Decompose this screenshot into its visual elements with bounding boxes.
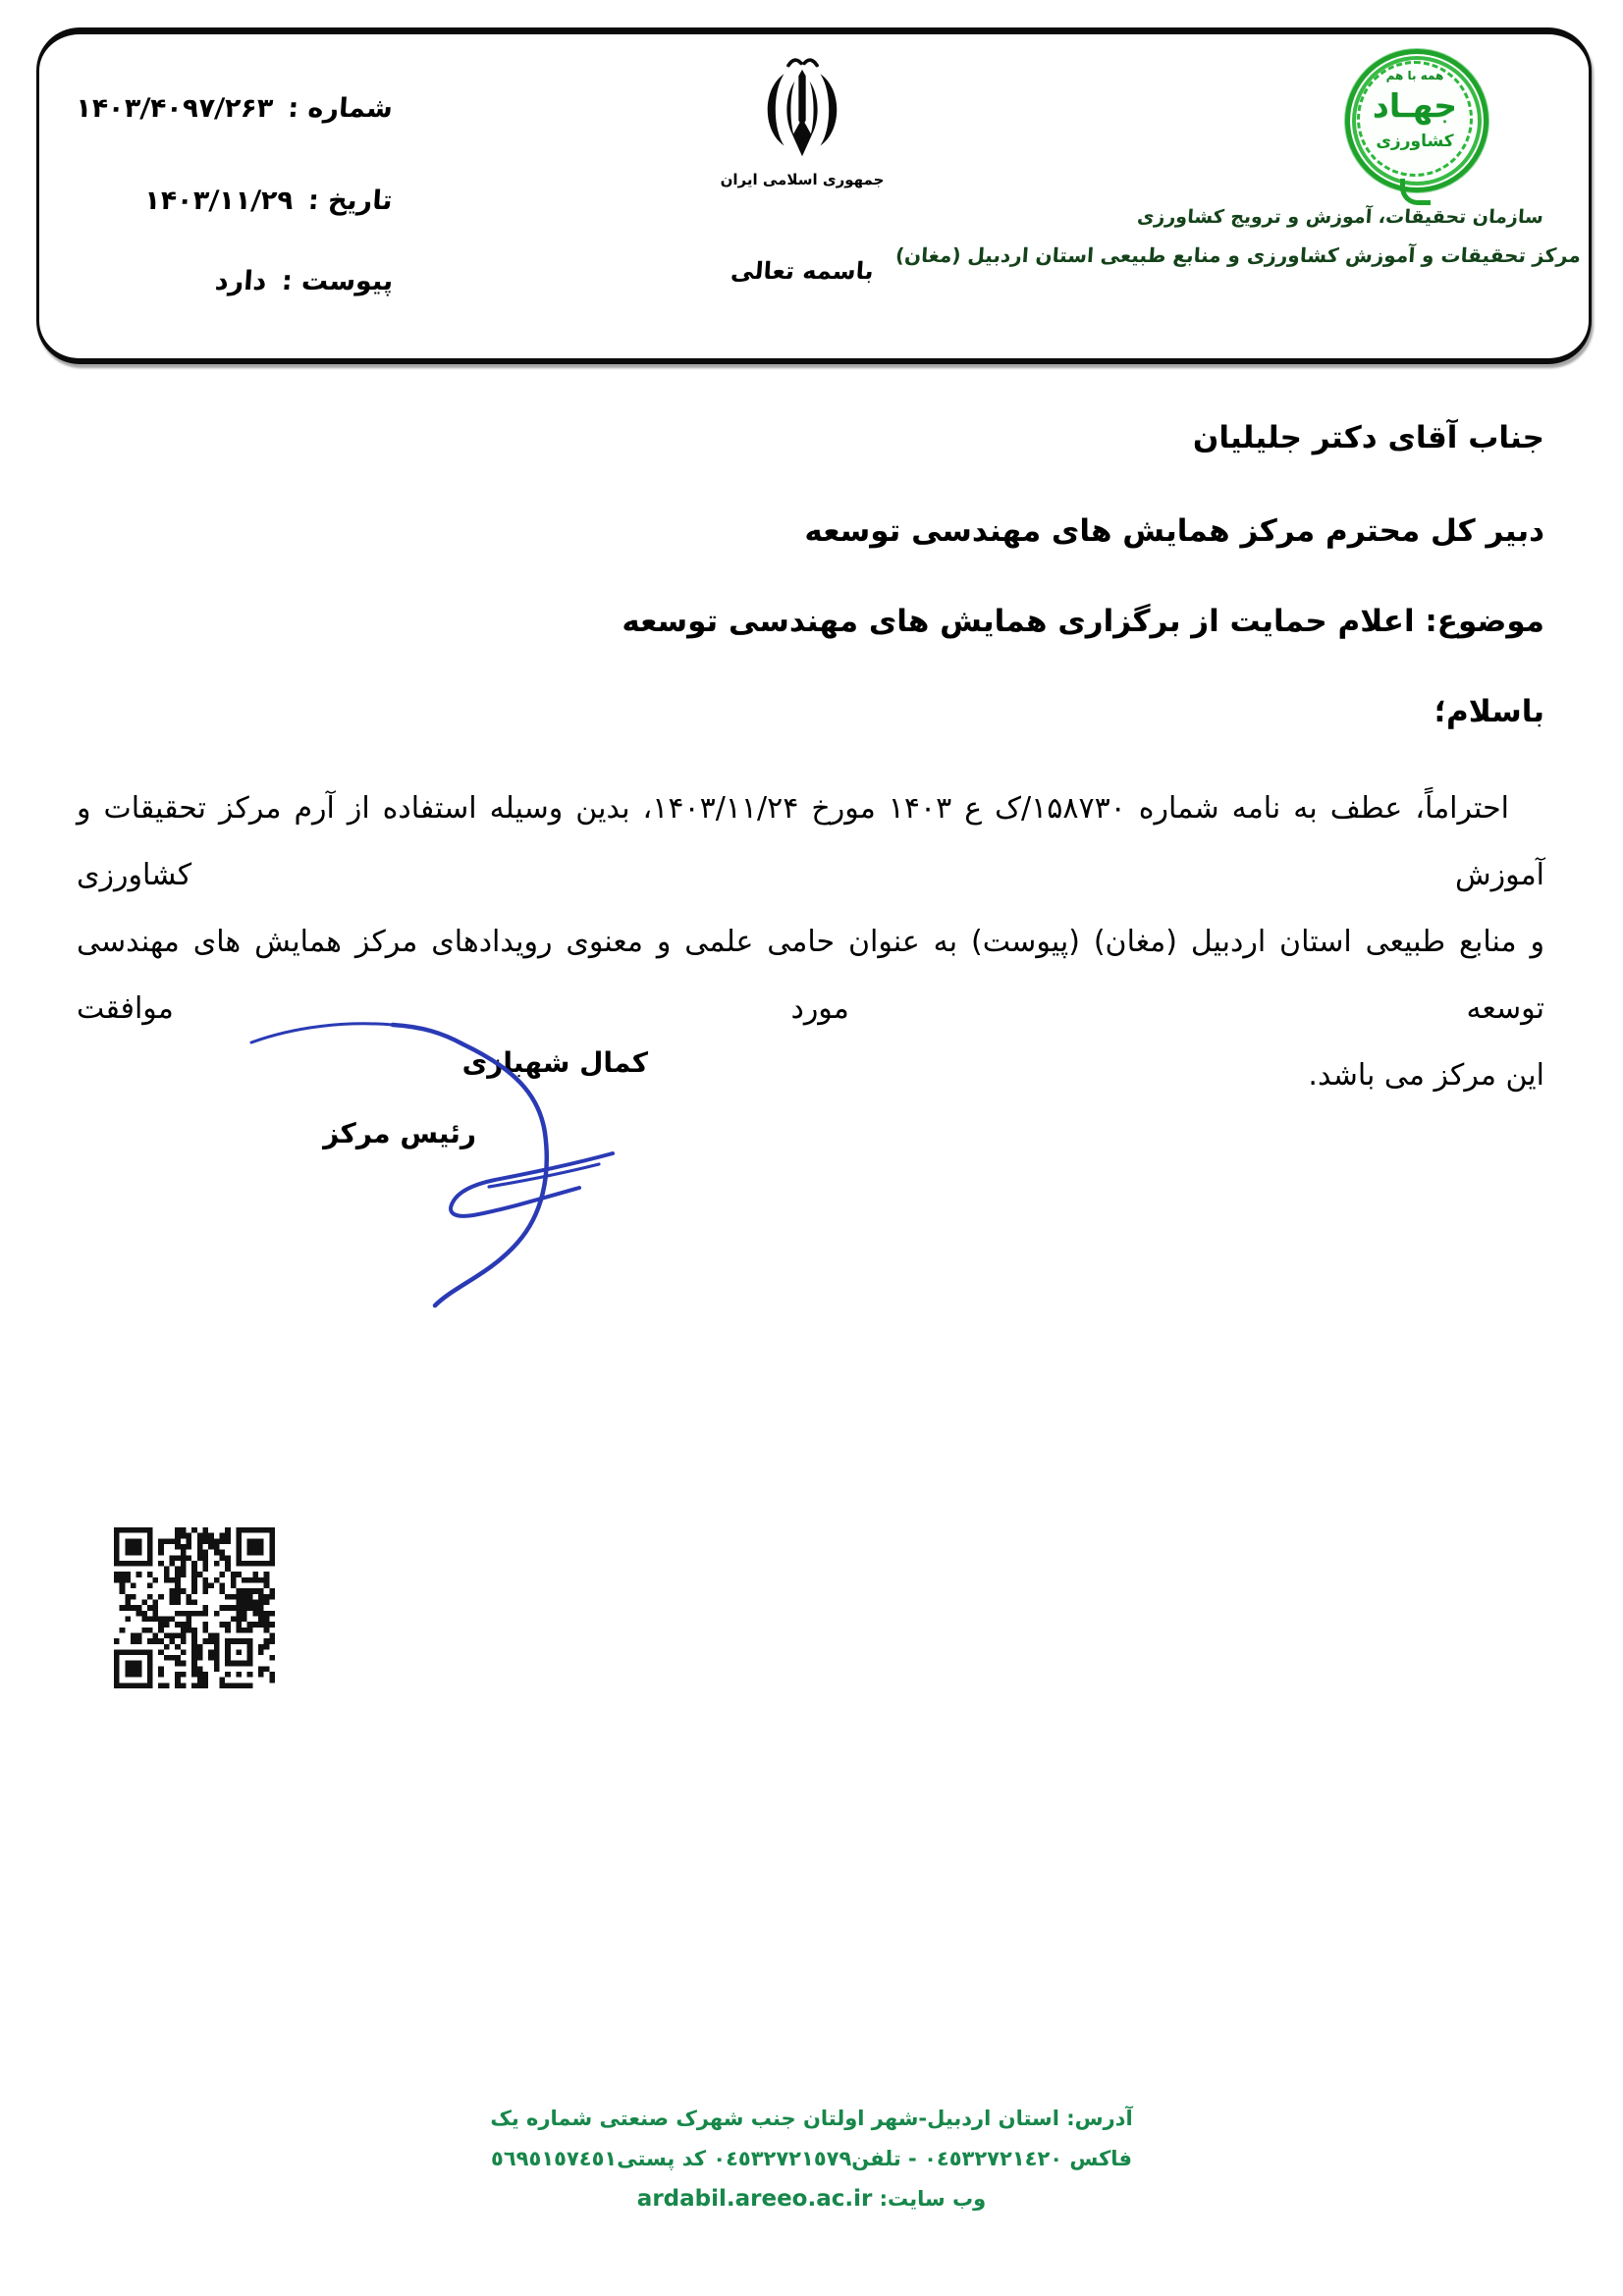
signer-title: رئیس مرکز — [323, 1117, 476, 1149]
footer-website-url: ardabil.areeo.ac.ir — [637, 2186, 873, 2212]
letter-date-line: تاریخ : ۱۴۰۳/۱۱/۲۹ — [143, 186, 394, 216]
paragraph-line-1: احتراماً، عطف به نامه شماره ۱۵۸۷۳۰/ک ع ۱… — [77, 775, 1544, 909]
letter-date-value: ۱۴۰۳/۱۱/۲۹ — [143, 186, 295, 216]
paragraph-line-2: و منابع طبیعی استان اردبیل (مغان) (پیوست… — [77, 909, 1544, 1042]
footer-block: آدرس: استان اردبیل-شهر اولتان جنب شهرک ص… — [0, 2099, 1623, 2219]
footer-website-line: وب سایت: ardabil.areeo.ac.ir — [0, 2179, 1623, 2219]
letter-attachment-line: پیوست : دارد — [214, 266, 395, 296]
footer-address: آدرس: استان اردبیل-شهر اولتان جنب شهرک ص… — [0, 2099, 1623, 2139]
organization-line1: سازمان تحقیقات، آموزش و ترویج کشاورزی — [1099, 206, 1582, 228]
signer-name: کمال شهبازی — [462, 1046, 648, 1079]
iran-emblem-block: جمهوری اسلامی ایران — [719, 57, 886, 188]
letter-attachment-label: پیوست : — [280, 266, 394, 296]
recipient-name: جناب آقای دکتر جلیلیان — [1193, 420, 1544, 455]
iran-emblem-icon — [749, 57, 855, 167]
letter-date-label: تاریخ : — [307, 186, 394, 216]
salutation: باسلام؛ — [1434, 694, 1544, 729]
organization-line2: مرکز تحقیقات و آموزش کشاورزی و منابع طبی… — [1099, 243, 1582, 267]
letter-number-line: شماره : ۱۴۰۳/۴۰۹۷/۲۶۳ — [75, 93, 394, 124]
letter-attachment-value: دارد — [214, 266, 268, 296]
jahad-keshavarzi-logo: همه با هم جهـاد کشاورزی — [1343, 47, 1490, 202]
subject-line: موضوع: اعلام حمایت از برگزاری همایش های … — [622, 604, 1544, 639]
letter-number-value: ۱۴۰۳/۴۰۹۷/۲۶۳ — [75, 93, 274, 124]
letter-body-paragraph: احتراماً، عطف به نامه شماره ۱۵۸۷۳۰/ک ع ۱… — [77, 775, 1544, 1109]
organization-names: سازمان تحقیقات، آموزش و ترویج کشاورزی مر… — [1100, 206, 1581, 267]
letter-number-label: شماره : — [287, 93, 394, 124]
logo-main-text: جهـاد — [1343, 86, 1487, 125]
qr-code — [114, 1527, 275, 1688]
footer-website-label: وب سایت: — [880, 2187, 987, 2211]
logo-sickle-shape — [1400, 179, 1431, 205]
paragraph-line-3: این مرکز می باشد. — [77, 1042, 1544, 1109]
logo-sub-text: کشاورزی — [1343, 132, 1487, 151]
footer-contact: فاکس ٠٤٥٣٢٧٢١٤٢٠ - تلفن٠٤٥٣٢٧٢١٥٧٩ کد پس… — [0, 2139, 1623, 2179]
besmele-text: باسمه تعالی — [718, 257, 887, 285]
recipient-title: دبیر کل محترم مرکز همایش های مهندسی توسع… — [804, 513, 1544, 549]
emblem-caption: جمهوری اسلامی ایران — [719, 171, 886, 188]
logo-top-text: همه با هم — [1343, 69, 1487, 82]
letter-page: { "colors": { "footer_green": "#17874a",… — [0, 0, 1623, 2296]
